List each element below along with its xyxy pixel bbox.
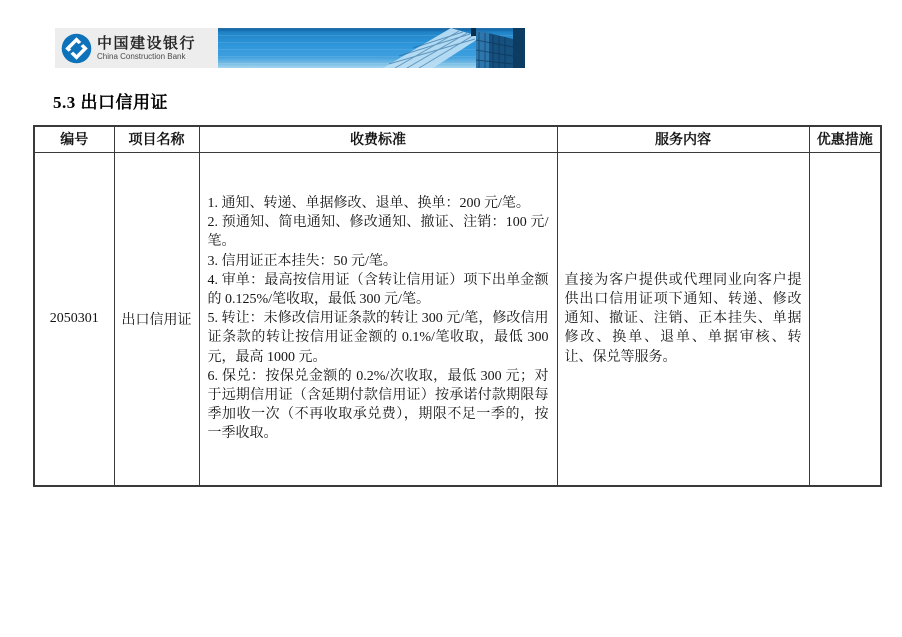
fee-item-1: 1. 通知、转递、单据修改、退单、换单：200 元/笔。 [208,194,549,213]
banner-image [218,28,525,68]
fee-item-2: 2. 预通知、简电通知、修改通知、撤证、注销：100 元/笔。 [208,213,549,251]
col-header-item-name: 项目名称 [114,126,199,152]
document-page: 中国建设银行 China Construction Bank [0,0,902,637]
bank-header: 中国建设银行 China Construction Bank [55,28,525,68]
cell-code: 2050301 [34,152,114,486]
bank-name-en: China Construction Bank [97,53,196,61]
col-header-fee-standard: 收费标准 [199,126,557,152]
col-header-discount: 优惠措施 [809,126,881,152]
section-title: 5.3 出口信用证 [53,88,168,113]
bank-logo-block: 中国建设银行 China Construction Bank [55,28,218,68]
ccb-logo-icon [61,33,92,64]
cell-fee-standard: 1. 通知、转递、单据修改、退单、换单：200 元/笔。 2. 预通知、简电通知… [199,152,557,486]
cell-service-content: 直接为客户提供或代理同业向客户提供出口信用证项下通知、转递、修改通知、撤证、注销… [557,152,809,486]
fee-item-4: 4. 审单：最高按信用证（含转让信用证）项下出单金额的 0.125%/笔收取，最… [208,271,549,309]
fee-item-6: 6. 保兑：按保兑金额的 0.2%/次收取，最低 300 元；对于远期信用证（含… [208,367,549,444]
table-row: 2050301 出口信用证 1. 通知、转递、单据修改、退单、换单：200 元/… [34,152,881,486]
bank-logotype: 中国建设银行 China Construction Bank [97,36,196,61]
table-header-row: 编号 项目名称 收费标准 服务内容 优惠措施 [34,126,881,152]
col-header-code: 编号 [34,126,114,152]
fee-item-3: 3. 信用证正本挂失：50 元/笔。 [208,252,549,271]
col-header-service-content: 服务内容 [557,126,809,152]
cell-item-name: 出口信用证 [114,152,199,486]
bank-name-zh: 中国建设银行 [97,36,196,51]
fee-item-5: 5. 转让：未修改信用证条款的转让 300 元/笔，修改信用证条款的转让按信用证… [208,309,549,367]
banner-buildings-graphic [375,28,525,68]
fee-table: 编号 项目名称 收费标准 服务内容 优惠措施 2050301 出口信用证 1. … [33,125,882,487]
cell-discount [809,152,881,486]
